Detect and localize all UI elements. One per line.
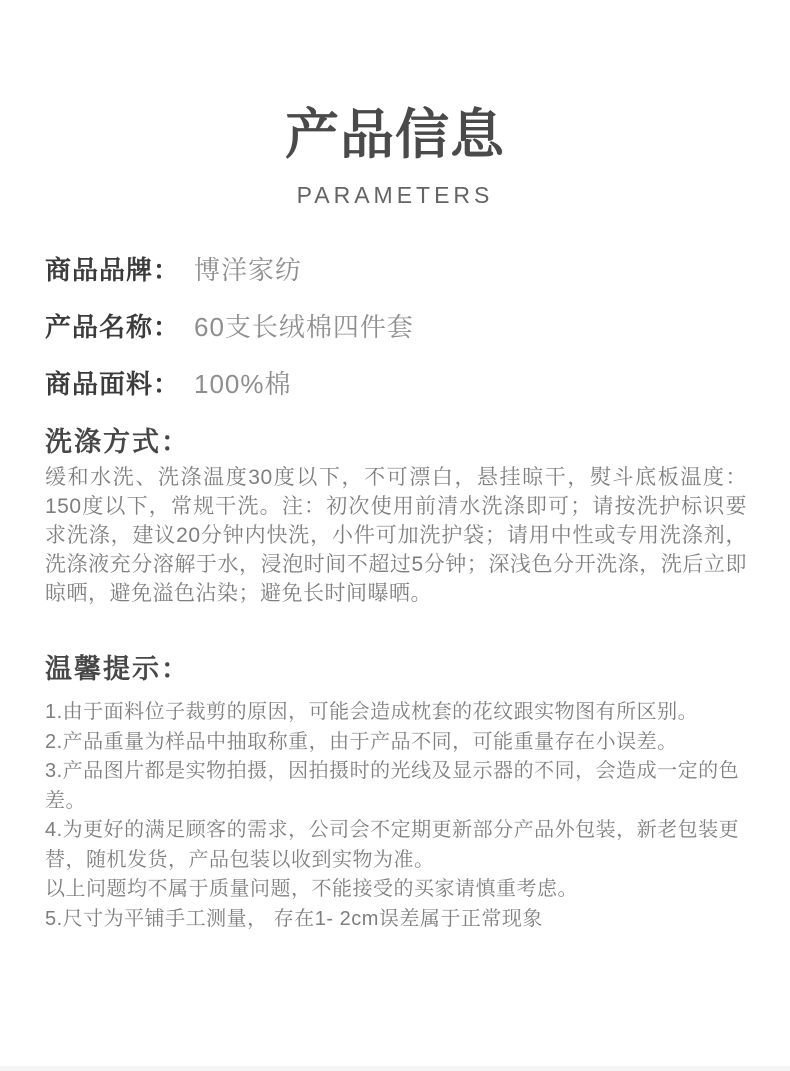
spec-row-brand: 商品品牌： 博洋家纺 (45, 254, 745, 286)
tip-item: 4.为更好的满足顾客的需求，公司会不定期更新部分产品外包装，新老包装更替，随机发… (45, 816, 757, 875)
spec-list: 商品品牌： 博洋家纺 产品名称： 60支长绒棉四件套 商品面料： 100%棉 (45, 254, 745, 400)
tip-item: 2.产品重量为样品中抽取称重，由于产品不同，可能重量存在小误差。 (45, 728, 757, 758)
spec-label-brand: 商品品牌： (45, 254, 180, 286)
bottom-divider (0, 1066, 790, 1071)
spec-value-fabric: 100%棉 (194, 368, 292, 400)
tip-item: 5.尺寸为平铺手工测量， 存在1- 2cm误差属于正常现象 (45, 905, 757, 935)
spec-label-product-name: 产品名称： (45, 311, 180, 343)
spec-row-product-name: 产品名称： 60支长绒棉四件套 (45, 311, 745, 343)
page-subtitle: PARAMETERS (0, 182, 790, 208)
tips-list: 1.由于面料位子裁剪的原因，可能会造成枕套的花纹跟实物图有所区别。 2.产品重量… (45, 698, 757, 934)
tip-item: 3.产品图片都是实物拍摄，因拍摄时的光线及显示器的不同，会造成一定的色差。 (45, 757, 757, 816)
spec-row-fabric: 商品面料： 100%棉 (45, 368, 745, 400)
washing-instructions: 缓和水洗、洗涤温度30度以下，不可漂白，悬挂晾干，熨斗底板温度：150度以下，常… (45, 463, 747, 608)
page-title: 产品信息 (0, 104, 790, 166)
tips-heading: 温馨提示： (45, 652, 745, 686)
spec-value-product-name: 60支长绒棉四件套 (194, 311, 414, 343)
spec-label-fabric: 商品面料： (45, 368, 180, 400)
washing-heading: 洗涤方式： (45, 425, 745, 459)
page-header: 产品信息 PARAMETERS (0, 0, 790, 208)
tip-item: 1.由于面料位子裁剪的原因，可能会造成枕套的花纹跟实物图有所区别。 (45, 698, 757, 728)
product-info-page: 产品信息 PARAMETERS 商品品牌： 博洋家纺 产品名称： 60支长绒棉四… (0, 0, 790, 1071)
tips-section: 温馨提示： 1.由于面料位子裁剪的原因，可能会造成枕套的花纹跟实物图有所区别。 … (45, 652, 745, 934)
tip-item: 以上问题均不属于质量问题，不能接受的买家请慎重考虑。 (45, 875, 757, 905)
spec-value-brand: 博洋家纺 (194, 254, 302, 286)
washing-section: 洗涤方式： 缓和水洗、洗涤温度30度以下，不可漂白，悬挂晾干，熨斗底板温度：15… (45, 425, 745, 608)
